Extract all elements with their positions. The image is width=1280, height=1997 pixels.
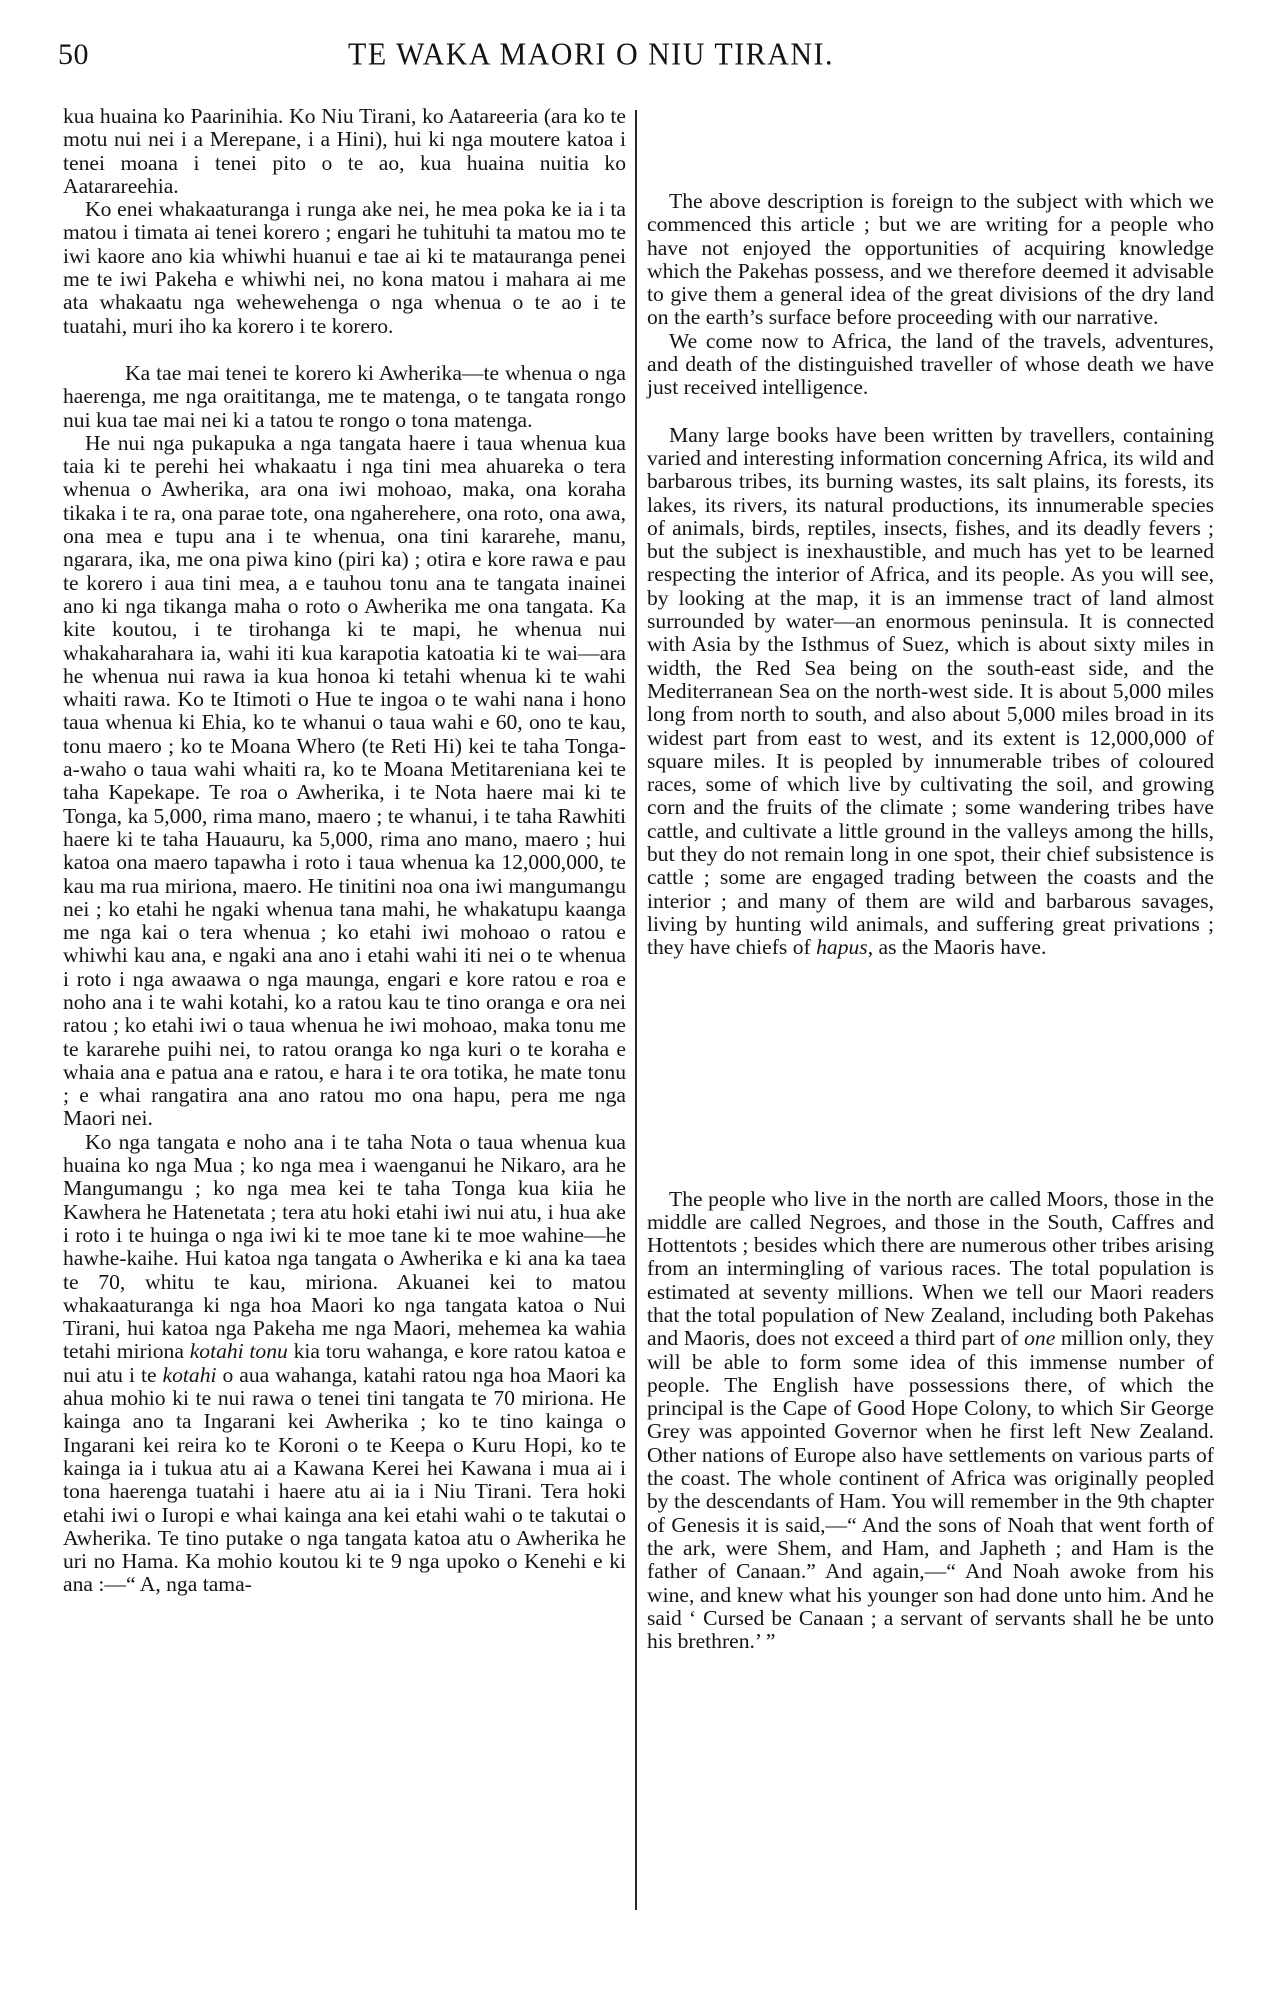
italic-text: hapus [816,935,868,959]
right-column-english: The above description is foreign to the … [647,105,1214,1653]
paragraph-gap-large [647,960,1214,1188]
paragraph-africa-peoples: The people who live in the north are cal… [647,1188,1214,1654]
paragraph-description-note-en: The above description is foreign to the … [647,190,1214,330]
left-column-maori: kua huaina ko Paarinihia. Ko Niu Tirani,… [63,105,626,1597]
text-run: million only, they will be able to form … [647,1326,1214,1653]
paragraph-africa-description: Many large books have been written by tr… [647,424,1214,960]
column-divider [635,110,637,1910]
page-header: 50 TE WAKA MAORI O NIU TIRANI. [58,38,1238,78]
paragraph-awherika-peoples: Ko nga tangata e noho ana i te taha Nota… [63,1131,626,1597]
text-run: Ko nga tangata e noho ana i te taha Nota… [63,1130,626,1364]
italic-text: kotahi [163,1363,217,1387]
paragraph-awherika-description: He nui nga pukapuka a nga tangata haere … [63,432,626,1131]
paragraph-gap [63,338,626,362]
column-top-space [647,105,1214,190]
text-run: Many large books have been written by tr… [647,423,1214,960]
paragraph-africa-intro: We come now to Africa, the land of the t… [647,330,1214,400]
paragraph-description-note: Ko enei whakaaturanga i runga ake nei, h… [63,198,626,338]
italic-text: kotahi tonu [190,1339,288,1363]
running-title: TE WAKA MAORI O NIU TIRANI. [348,37,834,73]
paragraph-intro-continuation: kua huaina ko Paarinihia. Ko Niu Tirani,… [63,105,626,198]
page-number: 50 [58,38,89,72]
paragraph-gap [647,400,1214,424]
paragraph-awherika-intro: Ka tae mai tenei te korero ki Awherika—t… [63,362,626,432]
text-run: , as the Maoris have. [868,935,1047,959]
italic-text: one [1024,1326,1055,1350]
text-run: o aua wahanga, katahi ratou nga hoa Maor… [63,1363,626,1597]
